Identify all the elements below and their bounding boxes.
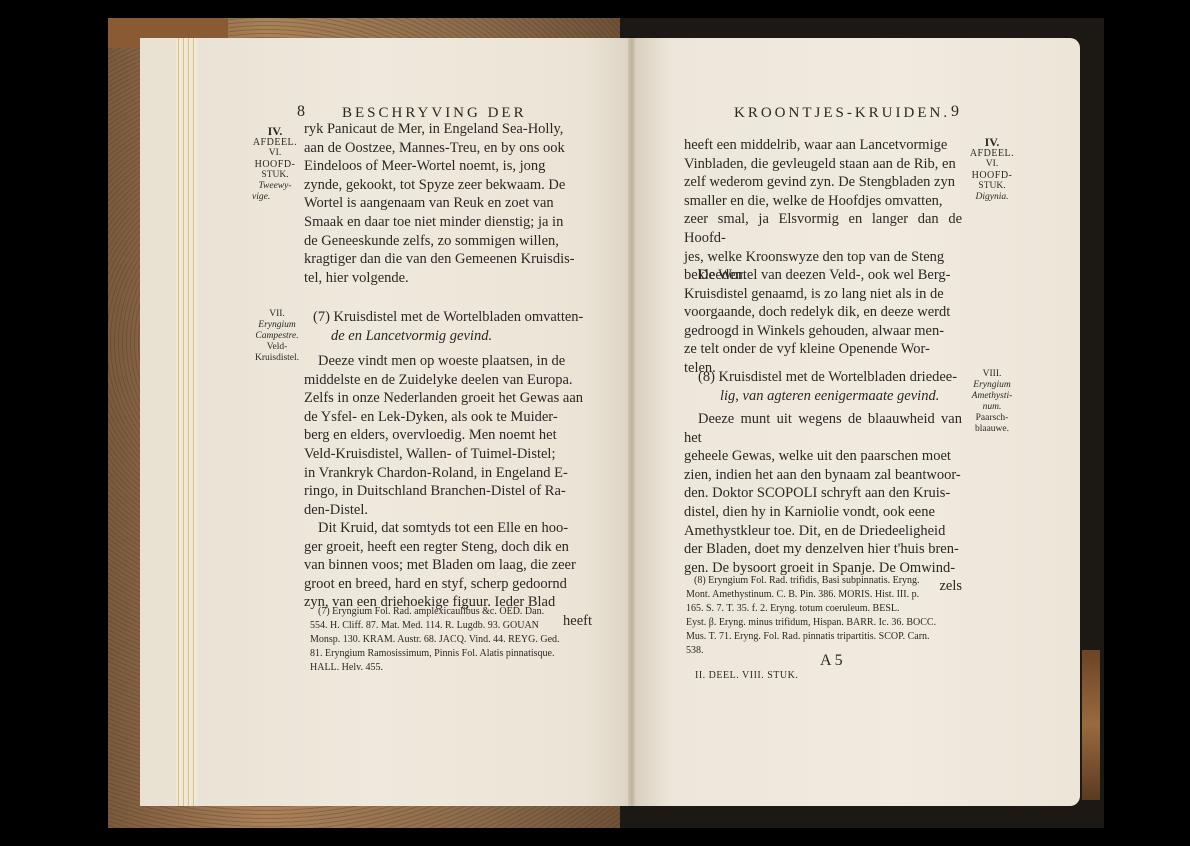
text-line: Vinbladen, die gevleugeld staan aan de R… [684,155,962,174]
text-line: ryk Panicaut de Mer, in Engeland Sea-Hol… [304,120,592,139]
right-body-text: heeft een middelrib, waar aan Lancetvorm… [684,136,962,285]
text-line: groot en breed, hard en styf, scherp ged… [304,575,592,594]
margin-line: STUK. [252,170,298,181]
footnote-line: Mus. T. 71. Eryng. Fol. Rad. pinnatis tr… [686,630,962,644]
footnote-line: (7) Eryngium Fol. Rad. amplexicaulibus &… [310,605,592,619]
footnote-line: 165. S. 7. T. 35. f. 2. Eryng. totum coe… [686,602,962,616]
text-line: Smaak en daar toe niet minder dienstig; … [304,213,592,232]
footnote-line: Monsp. 130. KRAM. Austr. 68. JACQ. Vind.… [310,633,592,647]
text-line: gedroogd in Winkels gehouden, alwaar men… [684,322,962,341]
footnote-line: 81. Eryngium Ramosissimum, Pinnis Fol. A… [310,647,592,661]
right-running-head: KROONTJES-KRUIDEN. [734,105,950,122]
footnote-line: HALL. Helv. 455. [310,661,592,675]
left-footnote: (7) Eryngium Fol. Rad. amplexicaulibus &… [310,605,592,675]
gutter [628,38,636,806]
text-line: distel, dien hy in Karniolie vondt, ook … [684,503,962,522]
right-page-number: 9 [951,103,959,121]
left-page-number: 8 [297,103,305,121]
text-line: de Geneeskunde zelfs, zo sommigen willen… [304,232,592,251]
cover-right-edge [1082,650,1100,800]
left-species-heading: (7) Kruisdistel met de Wortelbladen omva… [313,308,593,345]
text-line: Amethystkleur toe. Dit, en de Driedeelig… [684,522,962,541]
text-line: den. Doktor SCOPOLI schryft aan den Krui… [684,484,962,503]
text-line: den-Distel. [304,501,592,520]
margin-line: VI. [966,159,1018,170]
margin-line: AFDEEL. [252,137,298,148]
text-line: De Wortel van deezen Veld-, ook wel Berg… [684,266,962,285]
margin-line: Eryngium [964,380,1020,391]
margin-line: VIII. [964,369,1020,380]
margin-line: Campestre. [254,331,300,342]
text-line: ze telt onder de vyf kleine Openende Wor… [684,340,962,359]
margin-line: Eryngium [254,320,300,331]
margin-line: Tweewy- [252,181,298,192]
heading-line: de en Lancetvormig gevind. [313,327,593,346]
text-line: kragtiger dan die van den Gemeenen Kruis… [304,250,592,269]
margin-line: vige. [252,192,298,203]
margin-line: STUK. [966,181,1018,192]
text-line: der Bladen, doet my denzelven hier t'hui… [684,540,962,559]
signature-mark: A 5 [820,652,843,670]
text-line: zelf wederom gevind zyn. De Stengbladen … [684,173,962,192]
right-footnote: (8) Eryngium Fol. Rad. trifidis, Basi su… [686,574,962,658]
margin-line: num. [964,402,1020,413]
text-line: ringo, in Duitschland Branchen-Distel of… [304,482,592,501]
right-margin-note-species: VIII. Eryngium Amethysti- num. Paarsch- … [964,369,1020,435]
right-margin-note-section: IV. AFDEEL. VI. HOOFD- STUK. Digynia. [966,137,1018,203]
margin-line: HOOFD- [966,170,1018,181]
margin-line: VI. [252,148,298,159]
right-paragraph-2: De Wortel van deezen Veld-, ook wel Berg… [684,266,962,378]
text-line: Eindeloos of Meer-Wortel noemt, is, jong [304,157,592,176]
margin-line: VII. [254,309,300,320]
text-line: de Ysfel- en Lek-Dyken, als ook te Muide… [304,408,592,427]
margin-line: HOOFD- [252,159,298,170]
margin-line: IV. [966,137,1018,148]
right-paragraph-3: Deeze munt uit wegens de blaauwheid van … [684,410,962,596]
margin-line: Digynia. [966,192,1018,203]
text-line: smaller en die, welke de Hoofdjes omvatt… [684,192,962,211]
footnote-line: Eyst. β. Eryng. minus trifidum, Hispan. … [686,616,962,630]
text-line: Deeze vindt men op woeste plaatsen, in d… [304,352,592,371]
text-line: berg en elders, overvloedig. Men noemt h… [304,426,592,445]
margin-line: AFDEEL. [966,148,1018,159]
text-line: zien, indien het aan den bynaam zal bean… [684,466,962,485]
text-line: Dit Kruid, dat somtyds tot een Elle en h… [304,519,592,538]
margin-line: IV. [252,126,298,137]
page-stack-edges [176,38,198,806]
heading-line: lig, van agteren eenigermaate gevind. [698,387,964,406]
text-line: middelste en de Zuidelyke deelen van Eur… [304,371,592,390]
heading-line: (8) Kruisdistel met de Wortelbladen drie… [698,368,964,387]
text-line: Wortel is aangenaam van Reuk en zoet van [304,194,592,213]
text-line: tel, hier volgende. [304,269,592,288]
text-line: voorgaande, doch redelyk dik, en deeze w… [684,303,962,322]
footnote-line: 554. H. Cliff. 87. Mat. Med. 114. R. Lug… [310,619,592,633]
text-line: zynde, gekookt, tot Spyze zeer bekwaam. … [304,176,592,195]
text-line: van binnen voos; met Bladen om laag, die… [304,556,592,575]
text-line: aan de Oostzee, Mannes-Treu, en by ons o… [304,139,592,158]
heading-line: (7) Kruisdistel met de Wortelbladen omva… [313,308,593,327]
footnote-line: Mont. Amethystinum. C. B. Pin. 386. MORI… [686,588,962,602]
text-line: Veld-Kruisdistel, Wallen- of Tuimel-Dist… [304,445,592,464]
text-line: geheele Gewas, welke uit den paarschen m… [684,447,962,466]
left-body-text: ryk Panicaut de Mer, in Engeland Sea-Hol… [304,120,592,287]
text-line: ger groeit, heeft een regter Steng, doch… [304,538,592,557]
margin-line: Veld- [254,342,300,353]
text-line: jes, welke Kroonswyze den top van de Ste… [684,248,962,267]
left-margin-note-species: VII. Eryngium Campestre. Veld- Kruisdist… [254,309,300,364]
text-line: in Vrankryk Chardon-Roland, in Engeland … [304,464,592,483]
text-line: Deeze munt uit wegens de blaauwheid van … [684,410,962,447]
margin-line: Paarsch- [964,413,1020,424]
left-margin-note-section: IV. AFDEEL. VI. HOOFD- STUK. Tweewy- vig… [252,126,298,203]
footnote-line: (8) Eryngium Fol. Rad. trifidis, Basi su… [686,574,962,588]
left-paragraph-2: Deeze vindt men op woeste plaatsen, in d… [304,352,592,519]
margin-line: Amethysti- [964,391,1020,402]
text-line: Zelfs in onze Nederlanden groeit het Gew… [304,389,592,408]
text-line: heeft een middelrib, waar aan Lancetvorm… [684,136,962,155]
right-species-heading: (8) Kruisdistel met de Wortelbladen drie… [698,368,964,405]
text-line: Kruisdistel genaamd, is zo lang niet als… [684,285,962,304]
text-line: zeer smal, ja Elsvormig en langer dan de… [684,210,962,247]
margin-line: blaauwe. [964,424,1020,435]
volume-footer: II. DEEL. VIII. STUK. [695,670,798,681]
margin-line: Kruisdistel. [254,353,300,364]
